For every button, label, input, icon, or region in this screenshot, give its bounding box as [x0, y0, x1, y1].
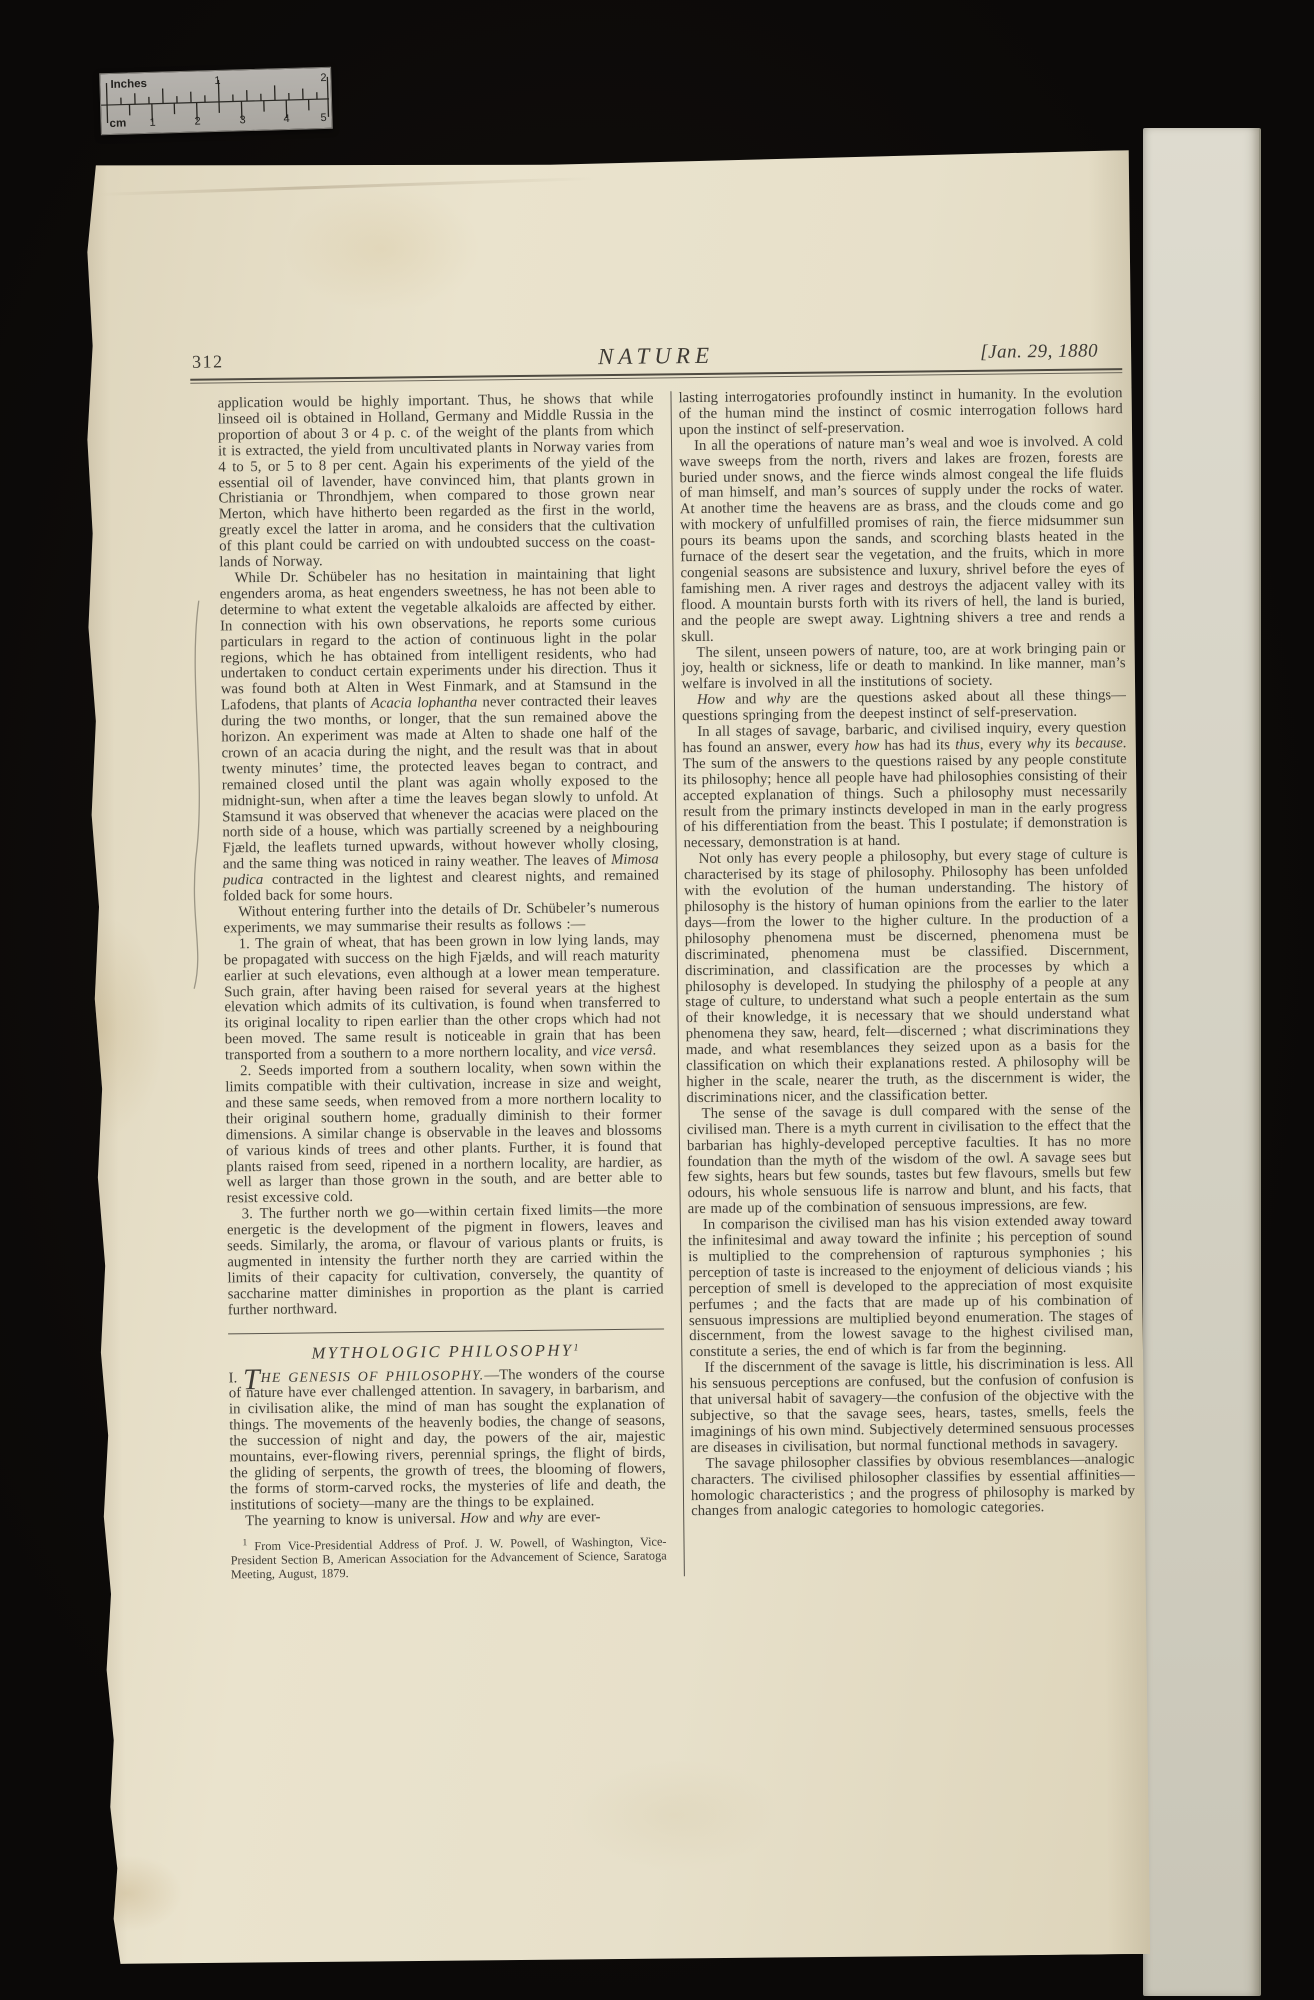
section-divider-rule: [228, 1328, 664, 1334]
ruler: Inches 1 2 cm 1 2 3 4 5: [99, 67, 333, 135]
page-content: 312 NATURE [Jan. 29, 1880 application wo…: [190, 336, 1136, 1582]
paragraph: If the discernment of the savage is litt…: [689, 1356, 1134, 1456]
paragraph: Not only has every people a philosophy, …: [684, 847, 1131, 1107]
paragraph: The savage philosopher classifies by obv…: [691, 1452, 1136, 1521]
ruler-cm-number-1: 1: [149, 117, 155, 129]
section-heading-text: MYTHOLOGIC PHILOSOPHY: [311, 1340, 573, 1362]
paragraph: 1 From Vice-Presidential Address of Prof…: [230, 1534, 666, 1582]
ruler-cm-label: cm: [109, 118, 126, 130]
next-page-edge: [1143, 128, 1261, 1996]
text-columns: application would be highly important. T…: [190, 386, 1135, 1582]
paragraph: The sense of the savage is dull compared…: [687, 1102, 1132, 1218]
paragraph: I. THE GENESIS OF PHILOSOPHY.—The wonder…: [229, 1365, 667, 1514]
ruler-inch-number-2: 2: [320, 72, 326, 84]
paragraph: The yearning to know is universal. How a…: [230, 1509, 666, 1530]
right-column-body: lasting interrogatories profoundly insti…: [678, 386, 1135, 1520]
ruler-markings: Inches 1 2 cm 1 2 3 4 5: [100, 68, 330, 132]
ruler-inches-label: Inches: [110, 78, 147, 91]
paragraph: 2. Seeds imported from a southern locali…: [225, 1060, 663, 1208]
paragraph: In comparison the civilised man has his …: [688, 1213, 1134, 1361]
left-column: application would be highly important. T…: [217, 391, 666, 1581]
section-body: I. THE GENESIS OF PHILOSOPHY.—The wonder…: [229, 1365, 667, 1530]
paragraph: 3. The further north we go—within certai…: [227, 1203, 664, 1319]
ruler-cm-number-3: 3: [239, 114, 245, 126]
right-column: lasting interrogatories profoundly insti…: [678, 386, 1135, 1576]
paragraph: application would be highly important. T…: [217, 391, 655, 571]
journal-page: 312 NATURE [Jan. 29, 1880 application wo…: [76, 150, 1150, 1966]
paragraph: 1. The grain of wheat, that has been gro…: [224, 932, 661, 1064]
footnote-reference: 1: [573, 1342, 581, 1353]
section-heading: MYTHOLOGIC PHILOSOPHY1: [228, 1339, 664, 1364]
paragraph: The silent, unseen powers of nature, too…: [681, 641, 1126, 694]
footnote: 1 From Vice-Presidential Address of Prof…: [230, 1534, 666, 1582]
page-header: 312 NATURE [Jan. 29, 1880: [190, 336, 1122, 373]
ruler-cm-number-5: 5: [320, 112, 326, 124]
ruler-cm-number-4: 4: [283, 113, 289, 125]
issue-date: [Jan. 29, 1880: [980, 340, 1098, 363]
paragraph: In all stages of savage, barbaric, and c…: [682, 720, 1127, 852]
ruler-inch-number-1: 1: [214, 75, 220, 87]
paragraph: While Dr. Schübeler has no hesitation in…: [219, 566, 659, 905]
paragraph: In all the operations of nature man’s we…: [679, 434, 1125, 646]
ruler-cm-number-2: 2: [194, 115, 200, 127]
paragraph: lasting interrogatories profoundly insti…: [678, 386, 1123, 439]
left-column-body: application would be highly important. T…: [217, 391, 663, 1318]
